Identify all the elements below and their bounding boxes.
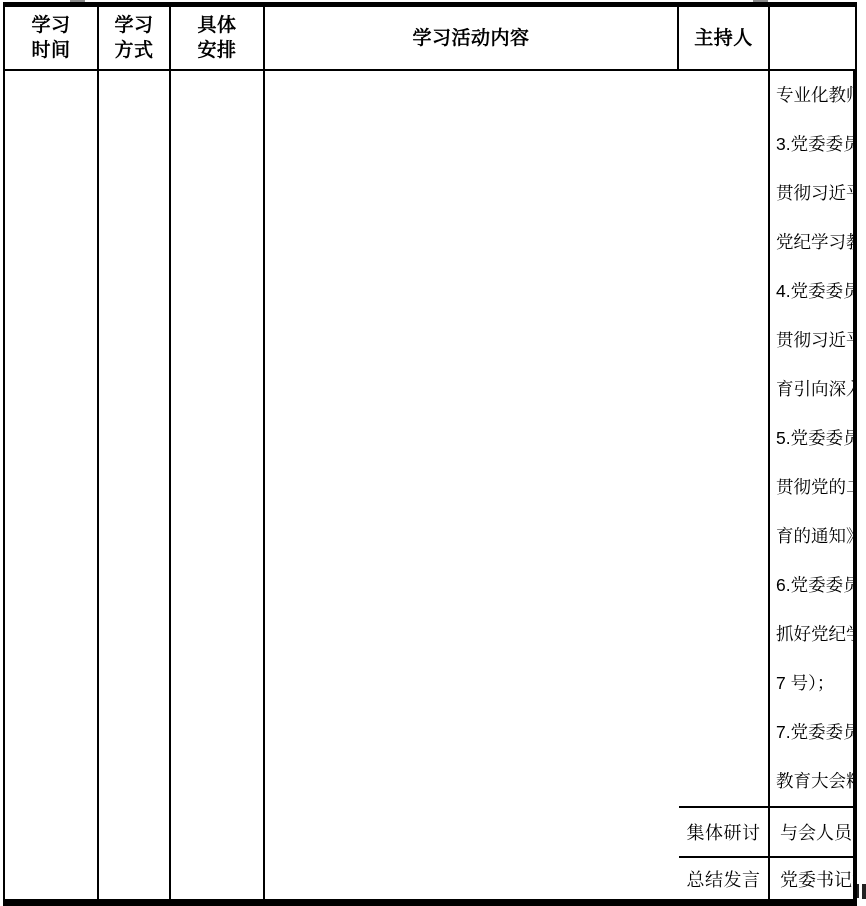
header-cell-study-method: 学习 方式 bbox=[99, 7, 171, 71]
header-cell-arrangement: 具体 安排 bbox=[171, 7, 265, 71]
activity-content-line: 育的通知》（中党建发〔2024〕6 号）； bbox=[776, 512, 855, 561]
activity-content-line: 7 号）； bbox=[776, 659, 834, 708]
activity-content-line: 教育大会精神。 bbox=[776, 757, 855, 806]
activity-content-line: 4.党委委员、副院长禹明华领学：《关于认真学习 bbox=[776, 267, 855, 316]
header-cell-extra bbox=[770, 7, 855, 71]
header-arrangement-line1: 具体 bbox=[197, 13, 236, 38]
arrangement-cell-summary: 总结发言 bbox=[679, 858, 770, 899]
activity-content-line: 专业化教师队伍建设的意见》； bbox=[776, 71, 855, 120]
header-cell-host: 主持人 bbox=[679, 7, 770, 71]
activity-content-line: 党纪学习教育的通知》（中党建发〔2024〕4 号）； bbox=[776, 218, 855, 267]
scan-artifact bbox=[862, 884, 866, 899]
schedule-table: 学习 时间 学习 方式 具体 安排 学习活动内容 主持人 专业 bbox=[3, 2, 857, 906]
header-study-time-line2: 时间 bbox=[31, 38, 70, 63]
header-study-method-line2: 方式 bbox=[114, 38, 153, 63]
body-cell-arrangement-main bbox=[679, 71, 770, 808]
document-page: 学习 时间 学习 方式 具体 安排 学习活动内容 主持人 专业 bbox=[0, 0, 866, 906]
header-study-method-line1: 学习 bbox=[114, 13, 153, 38]
header-cell-activity-content: 学习活动内容 bbox=[265, 7, 679, 71]
arrangement-cell-discussion: 集体研讨 bbox=[679, 808, 770, 858]
activity-content-line: 3.党委委员、纪委书记黄栋领学：《关于认真学习 bbox=[776, 120, 855, 169]
body-cell-study-method bbox=[99, 71, 171, 899]
body-cell-extra bbox=[265, 71, 679, 899]
summary-content-text: 党委书记潘军作学院党纪学习教育总结讲话 bbox=[780, 866, 855, 892]
header-cell-study-time: 学习 时间 bbox=[5, 7, 99, 71]
header-activity-content-label: 学习活动内容 bbox=[412, 26, 529, 51]
content-cell-discussion: 与会人员围绕主题进行研讨 bbox=[770, 808, 855, 858]
header-arrangement-line2: 安排 bbox=[197, 38, 236, 63]
activity-content-line: 5.党委委员、副院长姜华斌领学：《关于认真学习 bbox=[776, 414, 855, 463]
body-cell-study-time bbox=[5, 71, 99, 899]
activity-content-line: 贯彻习近平总书记重要讲话精神把党纪学习教 bbox=[776, 316, 855, 365]
content-cell-summary: 党委书记潘军作学院党纪学习教育总结讲话 bbox=[770, 858, 855, 899]
body-cell-host bbox=[171, 71, 265, 899]
activity-content-line: 6.党委委员、副院长易兰华领学：《关于善始善终 bbox=[776, 561, 855, 610]
activity-content-line: 贯彻习近平总书记重要讲话精神善始善终抓好 bbox=[776, 169, 855, 218]
header-study-time-line1: 学习 bbox=[31, 13, 70, 38]
discussion-content-text: 与会人员围绕主题进行研讨 bbox=[780, 819, 855, 845]
arrangement-discussion-label: 集体研讨 bbox=[687, 819, 761, 845]
activity-content-line: 贯彻党的二十届三中全会精神深化党纪学习教 bbox=[776, 463, 855, 512]
activity-content-line: 育引向深入的通知》（中党建发〔2024〕5 号）； bbox=[776, 365, 855, 414]
activity-content-cell: 专业化教师队伍建设的意见》；3.党委委员、纪委书记黄栋领学：《关于认真学习贯彻习… bbox=[770, 71, 855, 808]
header-host-label: 主持人 bbox=[694, 26, 753, 51]
activity-content-line: 抓好党纪学习教育的通知》（中党建发〔2024〕 bbox=[776, 610, 855, 659]
activity-content-line: 7.党委委员、宣传统战部部长聂振华领学：全国 bbox=[776, 708, 855, 757]
arrangement-summary-label: 总结发言 bbox=[687, 866, 761, 892]
